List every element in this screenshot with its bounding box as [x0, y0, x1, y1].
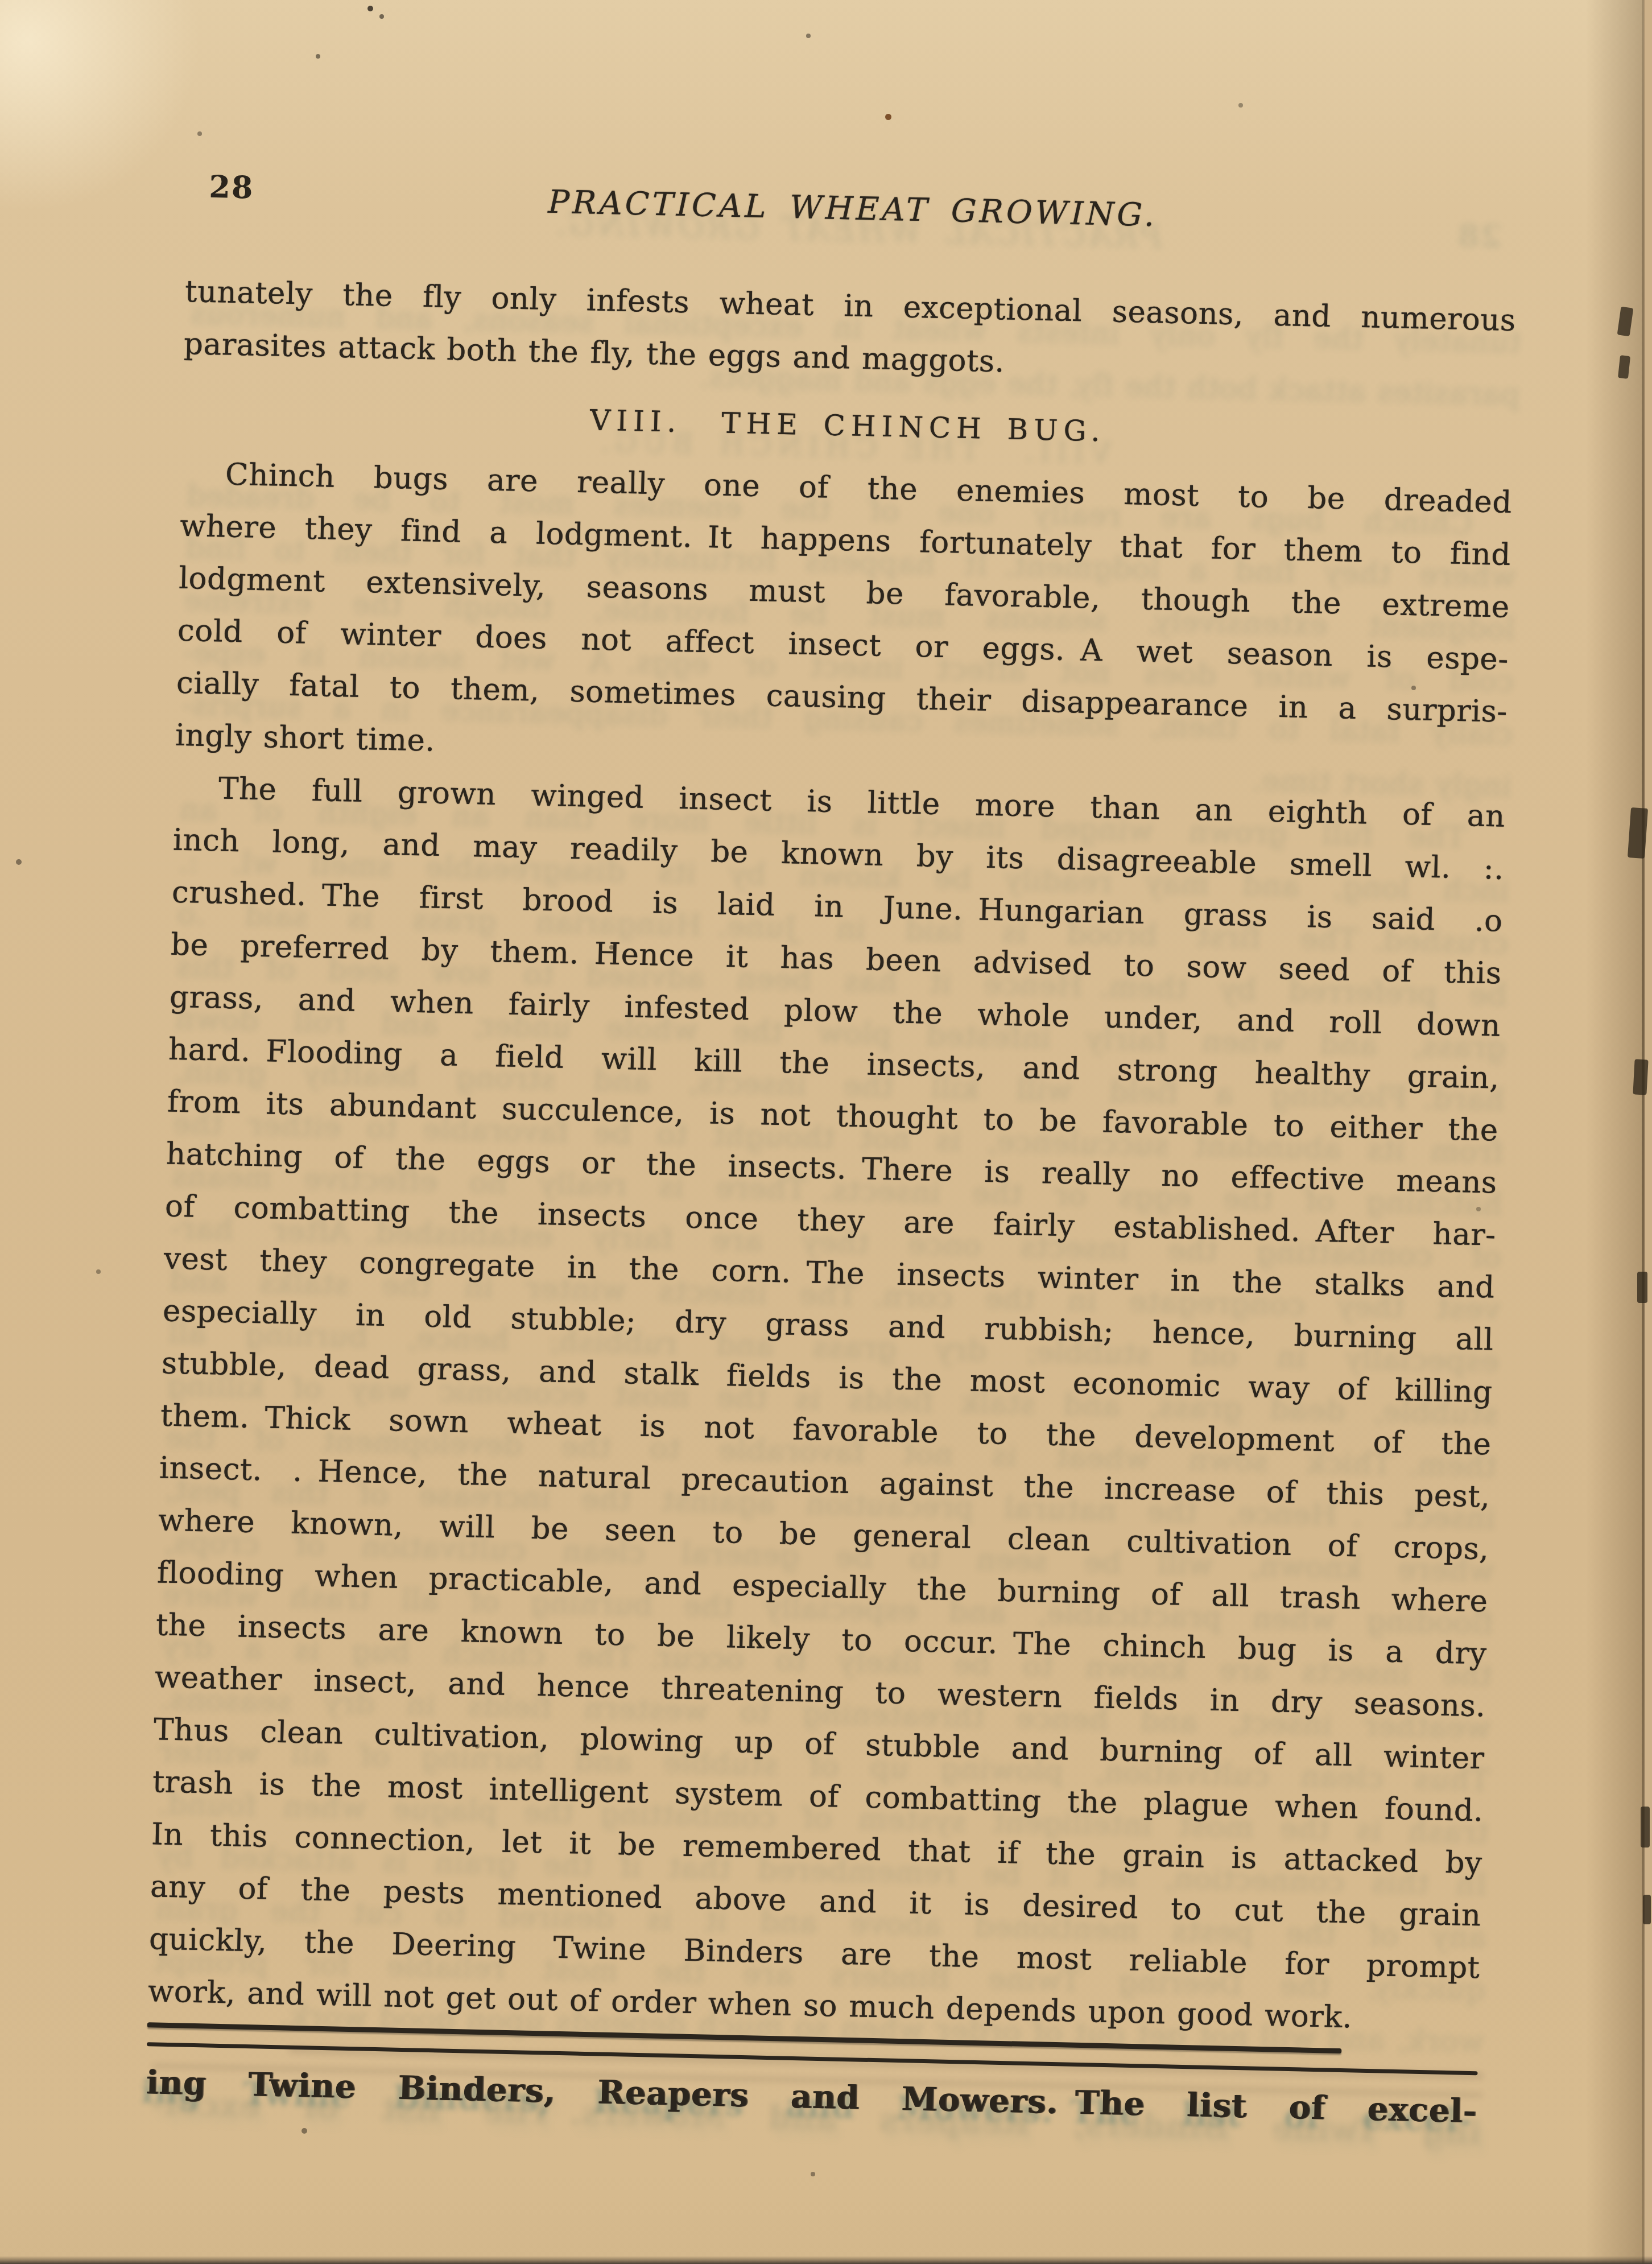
- page-edge-mark: [1637, 1272, 1647, 1303]
- page-content: 28 PRACTICAL WHEAT GROWING. tunately the…: [145, 168, 1518, 2140]
- page-edge-strip: [1644, 0, 1652, 2264]
- page-edge-line: [1642, 0, 1645, 2264]
- bottom-edge-shadow: [0, 2256, 1652, 2264]
- page-edge-mark: [1643, 1895, 1651, 1924]
- page-edge-mark: [1628, 807, 1648, 859]
- page-edge-mark: [1618, 355, 1630, 379]
- paper-specks: [0, 0, 3, 3]
- page-edge-mark: [1633, 1059, 1648, 1095]
- page-edge-mark: [1617, 307, 1634, 337]
- paper-stain: [885, 114, 891, 120]
- body-text: tunately the fly only infests wheat in e…: [147, 266, 1517, 2047]
- page-title: PRACTICAL WHEAT GROWING.: [187, 176, 1518, 242]
- book-page: 28 PRACTICAL WHEAT GROWING. tunately the…: [0, 0, 1652, 2264]
- printed-text-layer: 28 PRACTICAL WHEAT GROWING. tunately the…: [145, 168, 1518, 2140]
- page-header: 28 PRACTICAL WHEAT GROWING.: [187, 168, 1519, 254]
- page-edge-mark: [1641, 1807, 1650, 1848]
